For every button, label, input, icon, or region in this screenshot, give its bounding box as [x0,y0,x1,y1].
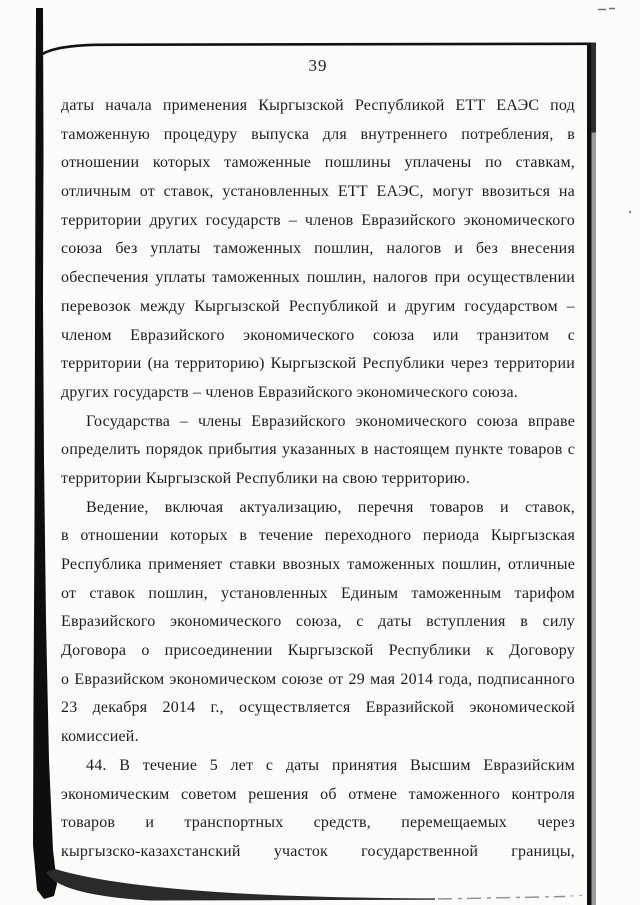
text-line: Ведение, включая актуализацию, перечня т… [61,494,575,523]
text-line: Республика применяет ставки ввозных тамо… [61,551,575,580]
text-line: от ставок пошлин, установленных Единым т… [61,580,575,609]
text-line: определить порядок прибытия указанных в … [61,436,575,465]
text-line: в отношении которых в течение переходног… [61,522,575,551]
paragraph: Ведение, включая актуализацию, перечня т… [61,494,575,752]
text-line: территории Кыргызской Республики на свою… [61,465,575,494]
text-line: территории других государств – членов Ев… [61,207,575,236]
text-line: других государств – членов Евразийского … [61,379,575,408]
text-line: даты начала применения Кыргызской Респуб… [61,92,575,121]
scan-bottom-curl [46,869,435,901]
text-line: Евразийского экономического союза, с дат… [61,608,575,637]
scan-right-border-shadow [592,43,596,905]
text-line: перевозок между Кыргызской Республикой и… [61,293,575,322]
scan-bottom-curl-dots [570,895,592,896]
paragraph: Государства – члены Евразийского экономи… [61,408,575,494]
scanned-document-page: 39 даты начала применения Кыргызской Рес… [0,0,640,905]
scan-bottom-curl-dashes [438,897,565,900]
paragraph: даты начала применения Кыргызской Респуб… [61,92,575,408]
text-line: 44. В течение 5 лет с даты принятия Высш… [61,752,575,781]
text-line: товаров и транспортных средств, перемеща… [61,809,575,838]
text-line: союза без уплаты таможенных пошлин, нало… [61,235,575,264]
scan-top-border [43,44,589,54]
document-text: даты начала применения Кыргызской Респуб… [61,92,575,867]
paragraph: 44. В течение 5 лет с даты принятия Высш… [61,752,575,867]
text-line: Государства – члены Евразийского экономи… [61,408,575,437]
text-line: отношении которых таможенные пошлины упл… [61,149,575,178]
text-line: комиссией. [61,723,575,752]
text-line: отличным от ставок, установленных ЕТТ ЕА… [61,178,575,207]
text-line: кыргызско-казахстанский участок государс… [61,838,575,867]
text-line: обеспечения уплаты таможенных пошлин, на… [61,264,575,293]
scan-left-edge-bar [33,8,57,899]
page-number: 39 [61,56,575,76]
scan-speck-top-right [598,9,615,10]
text-line: Договора о присоединении Кыргызской Респ… [61,637,575,666]
text-line: о Евразийском экономическом союзе от 29 … [61,666,575,695]
text-line: 23 декабря 2014 г., осуществляется Евраз… [61,694,575,723]
scan-right-border-top-dark [592,43,596,133]
text-line: экономическим советом решения об отмене … [61,781,575,810]
text-line: таможенную процедуру выпуска для внутрен… [61,121,575,150]
text-line: членом Евразийского экономического союза… [61,322,575,351]
scan-speck-right [629,211,632,214]
scan-right-border [587,43,592,905]
text-line: территории (на территорию) Кыргызской Ре… [61,350,575,379]
